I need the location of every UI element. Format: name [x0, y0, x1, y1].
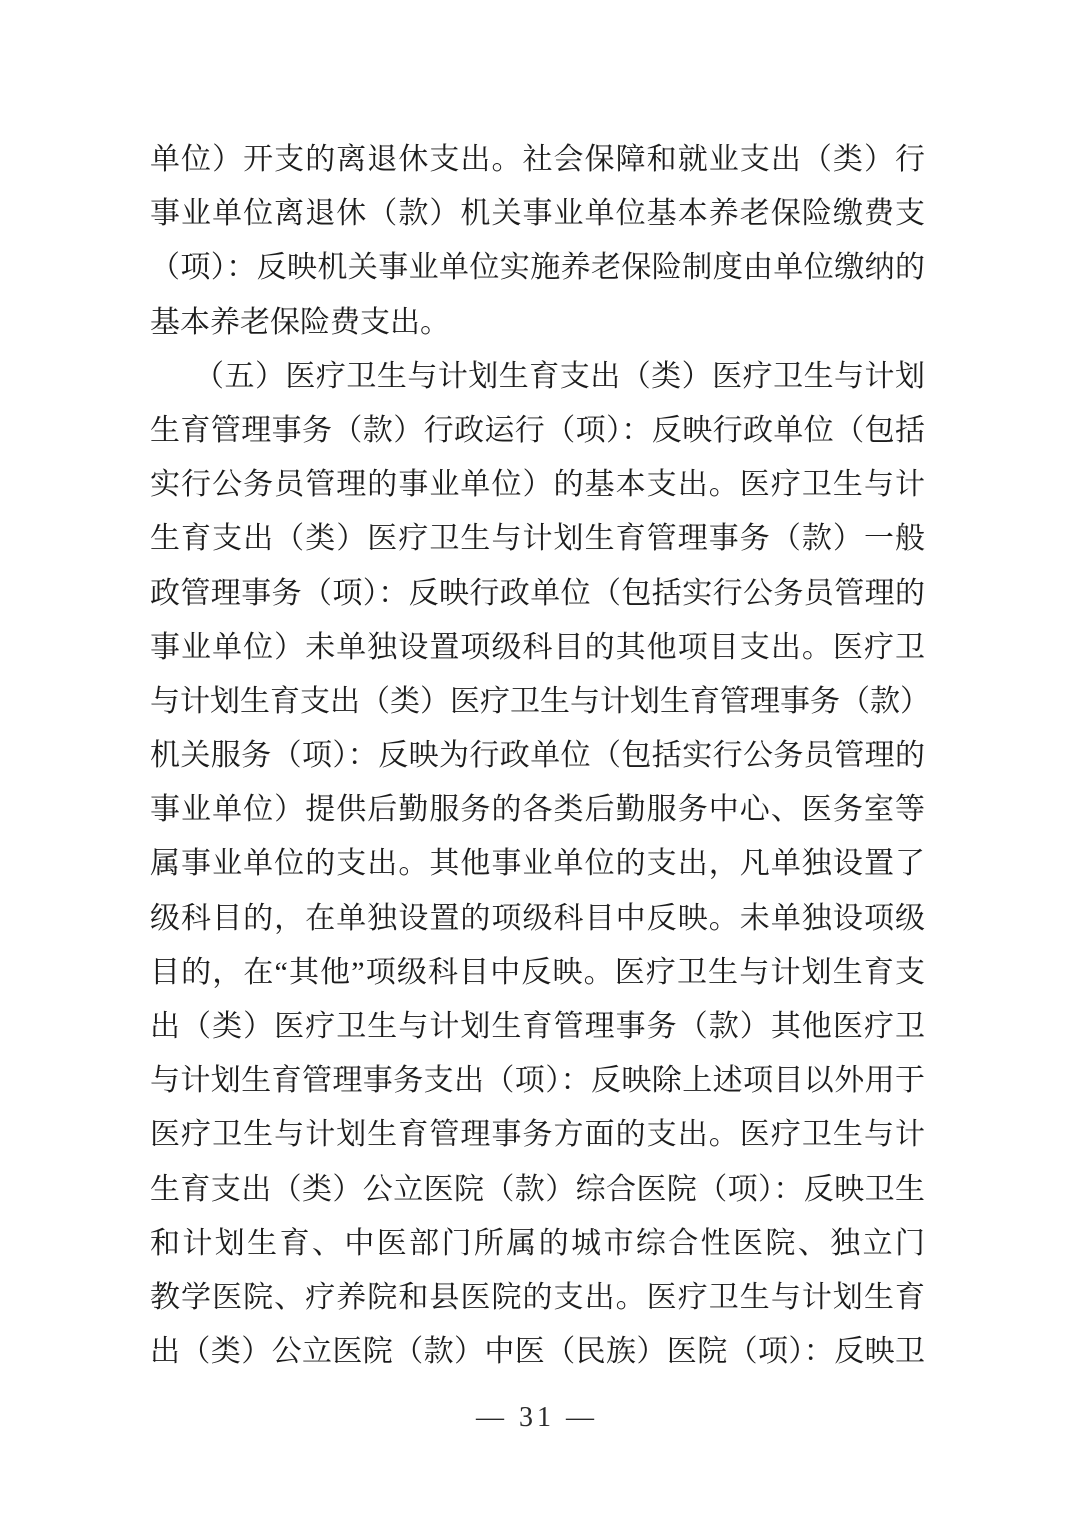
text-line: 级科目的，在单独设置的项级科目中反映。未单独设项级科 [150, 892, 925, 946]
text-line: （五）医疗卫生与计划生育支出（类）医疗卫生与计划 [150, 350, 925, 404]
text-line: 单位）开支的离退休支出。社会保障和就业支出（类）行政 [150, 133, 925, 187]
text-line: 政管理事务（项）：反映行政单位（包括实行公务员管理的 [150, 567, 925, 621]
text-line: 医疗卫生与计划生育管理事务方面的支出。医疗卫生与计划 [150, 1108, 925, 1162]
text-line: 生育支出（类）公立医院（款）综合医院（项）：反映卫生 [150, 1163, 925, 1217]
text-line: 教学医院、疗养院和县医院的支出。医疗卫生与计划生育支 [150, 1271, 925, 1325]
text-line: （项）：反映机关事业单位实施养老保险制度由单位缴纳的 [150, 241, 925, 295]
text-line: 生育支出（类）医疗卫生与计划生育管理事务（款）一般行 [150, 512, 925, 566]
text-line: 与计划生育管理事务支出（项）：反映除上述项目以外用于 [150, 1054, 925, 1108]
text-line: 机关服务（项）：反映为行政单位（包括实行公务员管理的 [150, 729, 925, 783]
text-line: 事业单位）提供后勤服务的各类后勤服务中心、医务室等附 [150, 783, 925, 837]
text-line: 实行公务员管理的事业单位）的基本支出。医疗卫生与计划 [150, 458, 925, 512]
text-line: 基本养老保险费支出。 [150, 296, 925, 350]
text-line: 和计划生育、中医部门所属的城市综合性医院、独立门诊、 [150, 1217, 925, 1271]
text-line: 属事业单位的支出。其他事业单位的支出，凡单独设置了项 [150, 837, 925, 891]
text-line: 与计划生育支出（类）医疗卫生与计划生育管理事务（款） [150, 675, 925, 729]
text-line: 出（类）公立医院（款）中医（民族）医院（项）：反映卫 [150, 1325, 925, 1379]
text-line: 事业单位）未单独设置项级科目的其他项目支出。医疗卫生 [150, 621, 925, 675]
document-page: 单位）开支的离退休支出。社会保障和就业支出（类）行政事业单位离退休（款）机关事业… [0, 0, 1074, 1520]
body-text: 单位）开支的离退休支出。社会保障和就业支出（类）行政事业单位离退休（款）机关事业… [150, 133, 925, 1379]
text-line: 生育管理事务（款）行政运行（项）：反映行政单位（包括 [150, 404, 925, 458]
page-number: — 31 — [0, 1402, 1074, 1434]
text-line: 目的，在“其他”项级科目中反映。医疗卫生与计划生育支 [150, 946, 925, 1000]
text-line: 出（类）医疗卫生与计划生育管理事务（款）其他医疗卫生 [150, 1000, 925, 1054]
text-line: 事业单位离退休（款）机关事业单位基本养老保险缴费支出 [150, 187, 925, 241]
